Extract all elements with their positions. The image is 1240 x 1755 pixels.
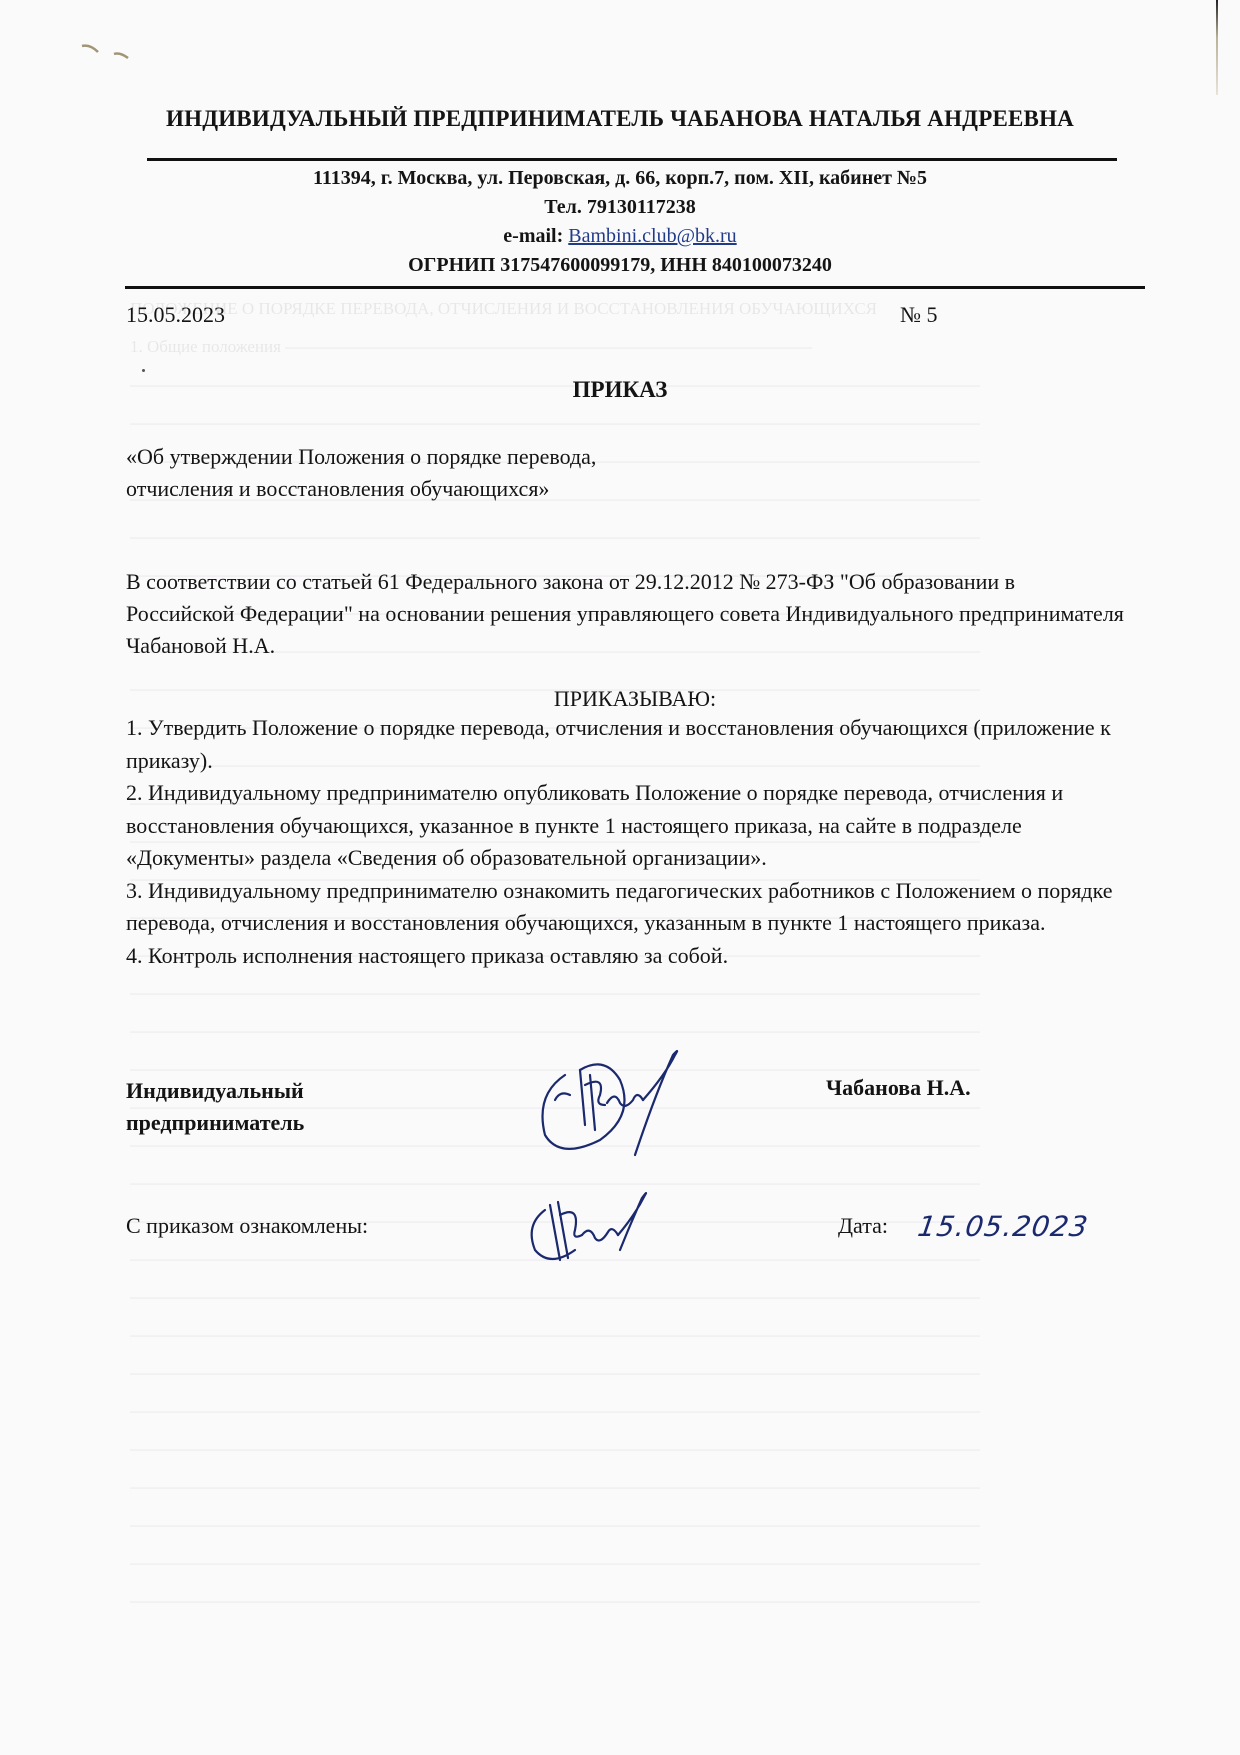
acknowledgement-date-handwritten: 15.05.2023 [916,1210,1091,1243]
order-items-list: 1. Утвердить Положение о порядке перевод… [126,712,1126,972]
phone: Тел. 79130117238 [0,193,1240,222]
order-item: 4. Контроль исполнения настоящего приказ… [126,940,1126,973]
speck-mark [142,369,145,372]
role-line-1: Индивидуальный [126,1075,304,1107]
header-divider-bottom [125,286,1145,289]
letterhead-details: 111394, г. Москва, ул. Перовская, д. 66,… [0,164,1240,280]
email-line: e-mail: Bambini.club@bk.ru [0,222,1240,251]
order-subject: «Об утверждении Положения о порядке пере… [126,441,596,505]
order-date: 15.05.2023 [126,302,225,328]
entrepreneur-signature-icon [525,1045,685,1165]
order-number: № 5 [900,302,938,328]
order-item: 1. Утвердить Положение о порядке перевод… [126,712,1126,777]
subject-line-2: отчисления и восстановления обучающихся» [126,473,596,505]
role-line-2: предприниматель [126,1107,304,1139]
preamble-paragraph: В соответствии со статьей 61 Федеральног… [126,566,1126,662]
page-edge-shadow [1216,0,1218,95]
acknowledgement-label: С приказом ознакомлены: [126,1213,368,1239]
acknowledgement-signature-icon [520,1190,660,1270]
directive-heading: ПРИКАЗЫВАЮ: [30,686,1240,712]
email-link[interactable]: Bambini.club@bk.ru [568,225,736,247]
subject-line-1: «Об утверждении Положения о порядке пере… [126,441,596,473]
organization-title: ИНДИВИДУАЛЬНЫЙ ПРЕДПРИНИМАТЕЛЬ ЧАБАНОВА … [0,106,1240,132]
registration-numbers: ОГРНИП 317547600099179, ИНН 840100073240 [0,251,1240,280]
header-divider-top [147,158,1117,161]
signatory-name: Чабанова Н.А. [826,1075,971,1101]
order-item: 2. Индивидуальному предпринимателю опубл… [126,777,1126,875]
email-label: e-mail: [503,225,563,247]
signatory-role: Индивидуальный предприниматель [126,1075,304,1139]
acknowledgement-date-label: Дата: [838,1213,888,1239]
staple-hole-mark [78,34,138,64]
document-title: ПРИКАЗ [0,377,1240,403]
order-item: 3. Индивидуальному предпринимателю ознак… [126,875,1126,940]
address: 111394, г. Москва, ул. Перовская, д. 66,… [0,164,1240,193]
